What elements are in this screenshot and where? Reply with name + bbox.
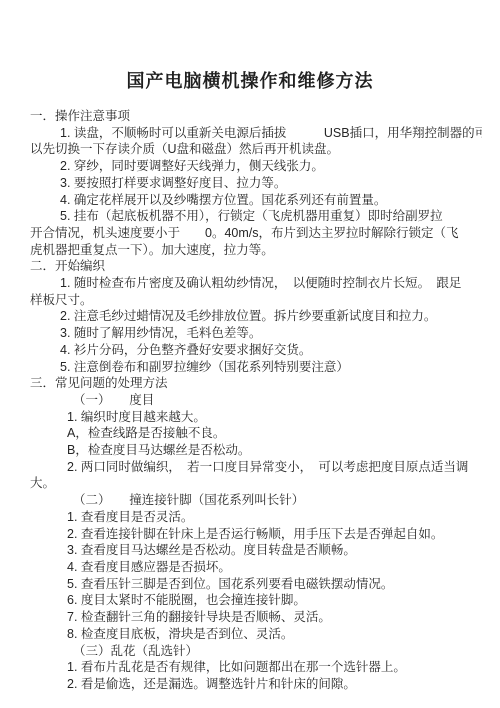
text-line: 开合情况，机头速度要小于 0。40m/s，布片到达主罗拉时解除行锁定（飞 [30,225,482,242]
text-line: 2. 注意毛纱过蜡情况及毛纱排放位置。拆片纱要重新试度目和拉力。 [30,308,482,325]
text-line: 2. 穿纱，同时要调整好天线弹力，侧天线张力。 [30,158,482,175]
text-line: 1. 编织时度目越来越大。 [30,409,482,426]
text-line: A，检查线路是否接触不良。 [30,425,482,442]
text-line: B，检查度目马达螺丝是否松动。 [30,442,482,459]
text-line: 5. 注意倒卷布和副罗拉缠纱（国花系列特别要注意） [30,359,482,376]
text-line: 大。 [30,475,482,492]
text-line: 5. 查看压针三脚是否到位。国花系列要看电磁铁摆动情况。 [30,576,482,593]
document-body: 一．操作注意事项1. 读盘，不顺畅时可以重新关电源后插拔 USB插口，用华翔控制… [0,108,500,693]
text-line: 二．开始编织 [30,258,482,275]
text-line: 虎机器把重复点一下）。加大速度，拉力等。 [30,242,482,259]
text-line: 4. 查看度目感应器是否损坏。 [30,559,482,576]
text-line: 2. 查看连接针脚在针床上是否运行畅顺，用手压下去是否弹起自如。 [30,526,482,543]
text-line: （二） 撞连接针脚（国花系列叫长针） [30,492,482,509]
text-line: 1. 看布片乱花是否有规律，比如问题都出在那一个选针器上。 [30,659,482,676]
text-line: （一） 度目 [30,392,482,409]
text-line: 2. 两口同时做编织， 若一口度目异常变小， 可以考虑把度目原点适当调 [30,459,482,476]
text-line: 3. 查看度目马达螺丝是否松动。度目转盘是否顺畅。 [30,542,482,559]
text-line: 3. 随时了解用纱情况，毛料色差等。 [30,325,482,342]
text-line: 6. 度目太紧时不能脱圈，也会撞连接针脚。 [30,592,482,609]
text-line: 样板尺寸。 [30,292,482,309]
text-line: 1. 查看度目是否灵活。 [30,509,482,526]
text-line: 以先切换一下存读介质（U盘和磁盘）然后再开机读盘。 [30,141,482,158]
text-line: （三）乱花（乱选针） [30,643,482,660]
document-title: 国产电脑横机操作和维修方法 [0,0,500,95]
text-line: 一．操作注意事项 [30,108,482,125]
text-line: 1. 读盘，不顺畅时可以重新关电源后插拔 USB插口，用华翔控制器的可 [30,125,482,142]
text-line: 5. 挂布（起底板机器不用），行锁定（飞虎机器用重复）即时给副罗拉 [30,208,482,225]
text-line: 8. 检查度目底板，滑块是否到位、灵活。 [30,626,482,643]
text-line: 1. 随时检查布片密度及确认粗幼纱情况， 以便随时控制衣片长短。 跟足 [30,275,482,292]
text-line: 三．常见问题的处理方法 [30,375,482,392]
text-line: 7. 检查翻针三角的翻接针导块是否顺畅、灵活。 [30,609,482,626]
text-line: 3. 要按照打样要求调整好度目、拉力等。 [30,175,482,192]
document-page: 国产电脑横机操作和维修方法 一．操作注意事项1. 读盘，不顺畅时可以重新关电源后… [0,0,500,708]
text-line: 4. 确定花样展开以及纱嘴摆方位置。国花系列还有前置量。 [30,192,482,209]
text-line: 4. 衫片分码，分色整齐叠好安要求捆好交货。 [30,342,482,359]
text-line: 2. 看是偷选，还是漏选。调整选针片和针床的间隙。 [30,676,482,693]
